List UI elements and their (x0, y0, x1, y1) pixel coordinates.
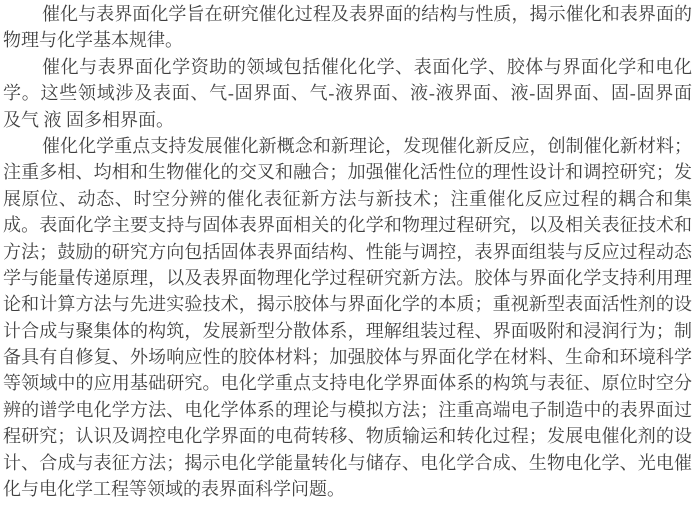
text-line: 物理与化学基本规律。 (3, 27, 692, 53)
text-line: 注重多相、均相和生物催化的交叉和融合；加强催化活性位的理性设计和调控研究；发 (3, 159, 692, 185)
document-page: 催化与表界面化学旨在研究催化过程及表界面的结构与性质，揭示催化和表界面的 物理与… (0, 0, 696, 516)
text-line: 化与电化学工程等领域的表界面科学问题。 (3, 476, 692, 502)
text-line: 催化与表界面化学资助的领域包括催化化学、表面化学、胶体与界面化学和电化 (3, 54, 692, 80)
text-line: 论和计算方法与先进实验技术，揭示胶体与界面化学的本质；重视新型表面活性剂的设 (3, 291, 692, 317)
text-line: 计、合成与表征方法；揭示电化学能量转化与储存、电化学合成、生物电化学、光电催 (3, 450, 692, 476)
text-line: 计合成与聚集体的构筑，发展新型分散体系，理解组装过程、界面吸附和浸润行为；制 (3, 318, 692, 344)
text-line: 成。表面化学主要支持与固体表界面相关的化学和物理过程研究，以及相关表征技术和 (3, 212, 692, 238)
text-line: 等领域中的应用基础研究。电化学重点支持电化学界面体系的构筑与表征、原位时空分 (3, 370, 692, 396)
text-line: 方法；鼓励的研究方向包括固体表界面结构、性能与调控，表界面组装与反应过程动态 (3, 239, 692, 265)
text-line: 学。这些领域涉及表面、气-固界面、气-液界面、液-液界面、液-固界面、固-固界面 (3, 80, 692, 106)
text-line: 备具有自修复、外场响应性的胶体材料；加强胶体与界面化学在材料、生命和环境科学 (3, 344, 692, 370)
paragraph-overview: 催化与表界面化学旨在研究催化过程及表界面的结构与性质，揭示催化和表界面的 物理与… (3, 1, 692, 54)
text-line: 辨的谱学电化学方法、电化学体系的理论与模拟方法；注重高端电子制造中的表界面过 (3, 397, 692, 423)
text-line: 学与能量传递原理，以及表界面物理化学过程研究新方法。胶体与界面化学支持利用理 (3, 265, 692, 291)
text-line: 展原位、动态、时空分辨的催化表征新方法与新技术；注重催化反应过程的耦合和集 (3, 186, 692, 212)
text-line: 催化化学重点支持发展催化新概念和新理论，发现催化新反应，创制催化新材料； (3, 133, 692, 159)
paragraph-funding-scope: 催化与表界面化学资助的领域包括催化化学、表面化学、胶体与界面化学和电化 学。这些… (3, 54, 692, 133)
paragraph-research-directions: 催化化学重点支持发展催化新概念和新理论，发现催化新反应，创制催化新材料； 注重多… (3, 133, 692, 502)
text-line: 催化与表界面化学旨在研究催化过程及表界面的结构与性质，揭示催化和表界面的 (3, 1, 692, 27)
text-line: 程研究；认识及调控电化学界面的电荷转移、物质输运和转化过程；发展电催化剂的设 (3, 423, 692, 449)
text-line: 及气 液 固多相界面。 (3, 107, 692, 133)
